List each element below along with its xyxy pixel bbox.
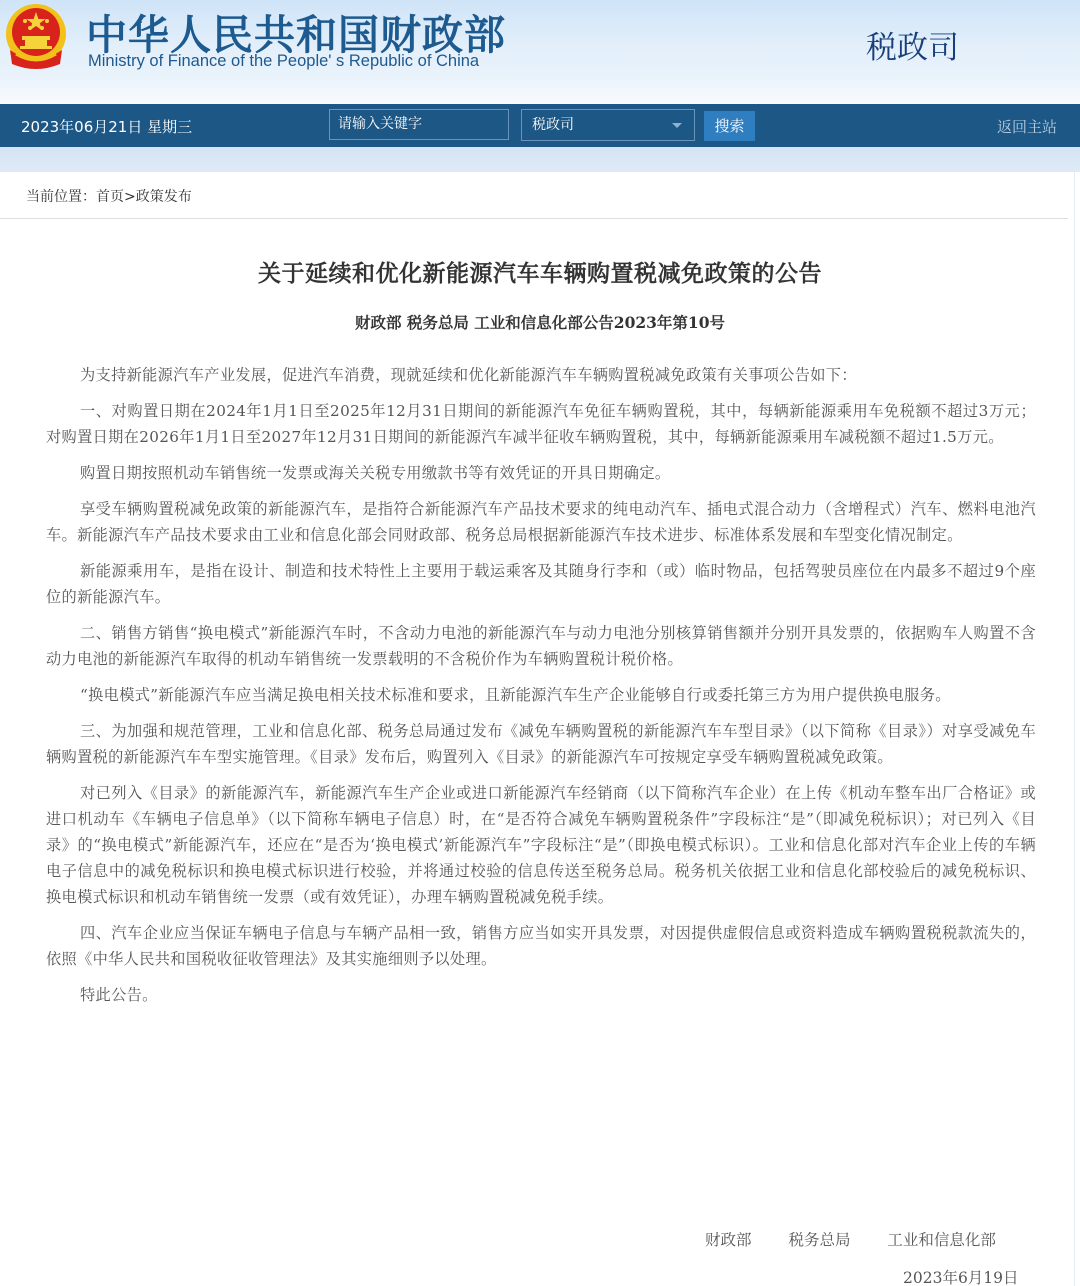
paragraph: 新能源乘用车，是指在设计、制造和技术特性上主要用于载运乘客及其随身行李和（或）临… — [46, 558, 1036, 610]
department-select[interactable]: 税政司 — [521, 109, 695, 141]
paragraph: 一、对购置日期在2024年1月1日至2025年12月31日期间的新能源汽车免征车… — [46, 398, 1036, 450]
article-title: 关于延续和优化新能源汽车车辆购置税减免政策的公告 — [0, 255, 1080, 288]
document-number: 财政部 税务总局 工业和信息化部公告2023年第10号 — [0, 311, 1080, 333]
breadcrumb: 当前位置：首页>政策发布 — [26, 186, 192, 206]
nav-bar: 2023年06月21日 星期三 请输入关键字 税政司 搜索 返回主站 — [0, 104, 1080, 147]
signer-mof: 财政部 — [705, 1231, 752, 1249]
main-content: 当前位置：首页>政策发布 关于延续和优化新能源汽车车辆购置税减免政策的公告 财政… — [0, 172, 1075, 1286]
sign-date: 2023年6月19日 — [903, 1266, 1019, 1286]
national-emblem-icon — [2, 2, 70, 72]
paragraph: 对已列入《目录》的新能源汽车，新能源汽车生产企业或进口新能源汽车经销商（以下简称… — [46, 780, 1036, 910]
signer-sat: 税务总局 — [788, 1231, 850, 1249]
paragraph: 享受车辆购置税减免政策的新能源汽车，是指符合新能源汽车产品技术要求的纯电动汽车、… — [46, 496, 1036, 548]
return-home-link[interactable]: 返回主站 — [997, 116, 1057, 137]
divider — [0, 218, 1068, 219]
paragraph: 三、为加强和规范管理，工业和信息化部、税务总局通过发布《减免车辆购置税的新能源汽… — [46, 718, 1036, 770]
breadcrumb-separator: > — [124, 189, 136, 205]
breadcrumb-policy[interactable]: 政策发布 — [136, 189, 192, 205]
breadcrumb-label: 当前位置： — [26, 189, 96, 205]
breadcrumb-home[interactable]: 首页 — [96, 189, 124, 205]
article-body: 为支持新能源汽车产业发展，促进汽车消费，现就延续和优化新能源汽车车辆购置税减免政… — [46, 362, 1036, 1018]
signer-miit: 工业和信息化部 — [887, 1231, 996, 1249]
paragraph: “换电模式”新能源汽车应当满足换电相关技术标准和要求，且新能源汽车生产企业能够自… — [46, 682, 1036, 708]
department-select-value: 税政司 — [532, 117, 574, 133]
paragraph: 二、销售方销售“换电模式”新能源汽车时，不含动力电池的新能源汽车与动力电池分别核… — [46, 620, 1036, 672]
chevron-down-icon — [672, 123, 682, 128]
paragraph: 四、汽车企业应当保证车辆电子信息与车辆产品相一致，销售方应当如实开具发票，对因提… — [46, 920, 1036, 972]
nav-subband — [0, 147, 1080, 172]
search-button[interactable]: 搜索 — [704, 111, 755, 141]
signers: 财政部 税务总局 工业和信息化部 — [705, 1228, 1028, 1250]
paragraph-closing: 特此公告。 — [46, 982, 1036, 1008]
paragraph: 购置日期按照机动车销售统一发票或海关关税专用缴款书等有效凭证的开具日期确定。 — [46, 460, 1036, 486]
site-title-en: Ministry of Finance of the People' s Rep… — [88, 52, 479, 71]
current-date: 2023年06月21日 星期三 — [21, 116, 192, 137]
department-title: 税政司 — [866, 22, 959, 67]
site-header: 中华人民共和国财政部 Ministry of Finance of the Pe… — [0, 0, 1080, 104]
search-input[interactable]: 请输入关键字 — [329, 109, 509, 140]
paragraph-intro: 为支持新能源汽车产业发展，促进汽车消费，现就延续和优化新能源汽车车辆购置税减免政… — [46, 362, 1036, 388]
